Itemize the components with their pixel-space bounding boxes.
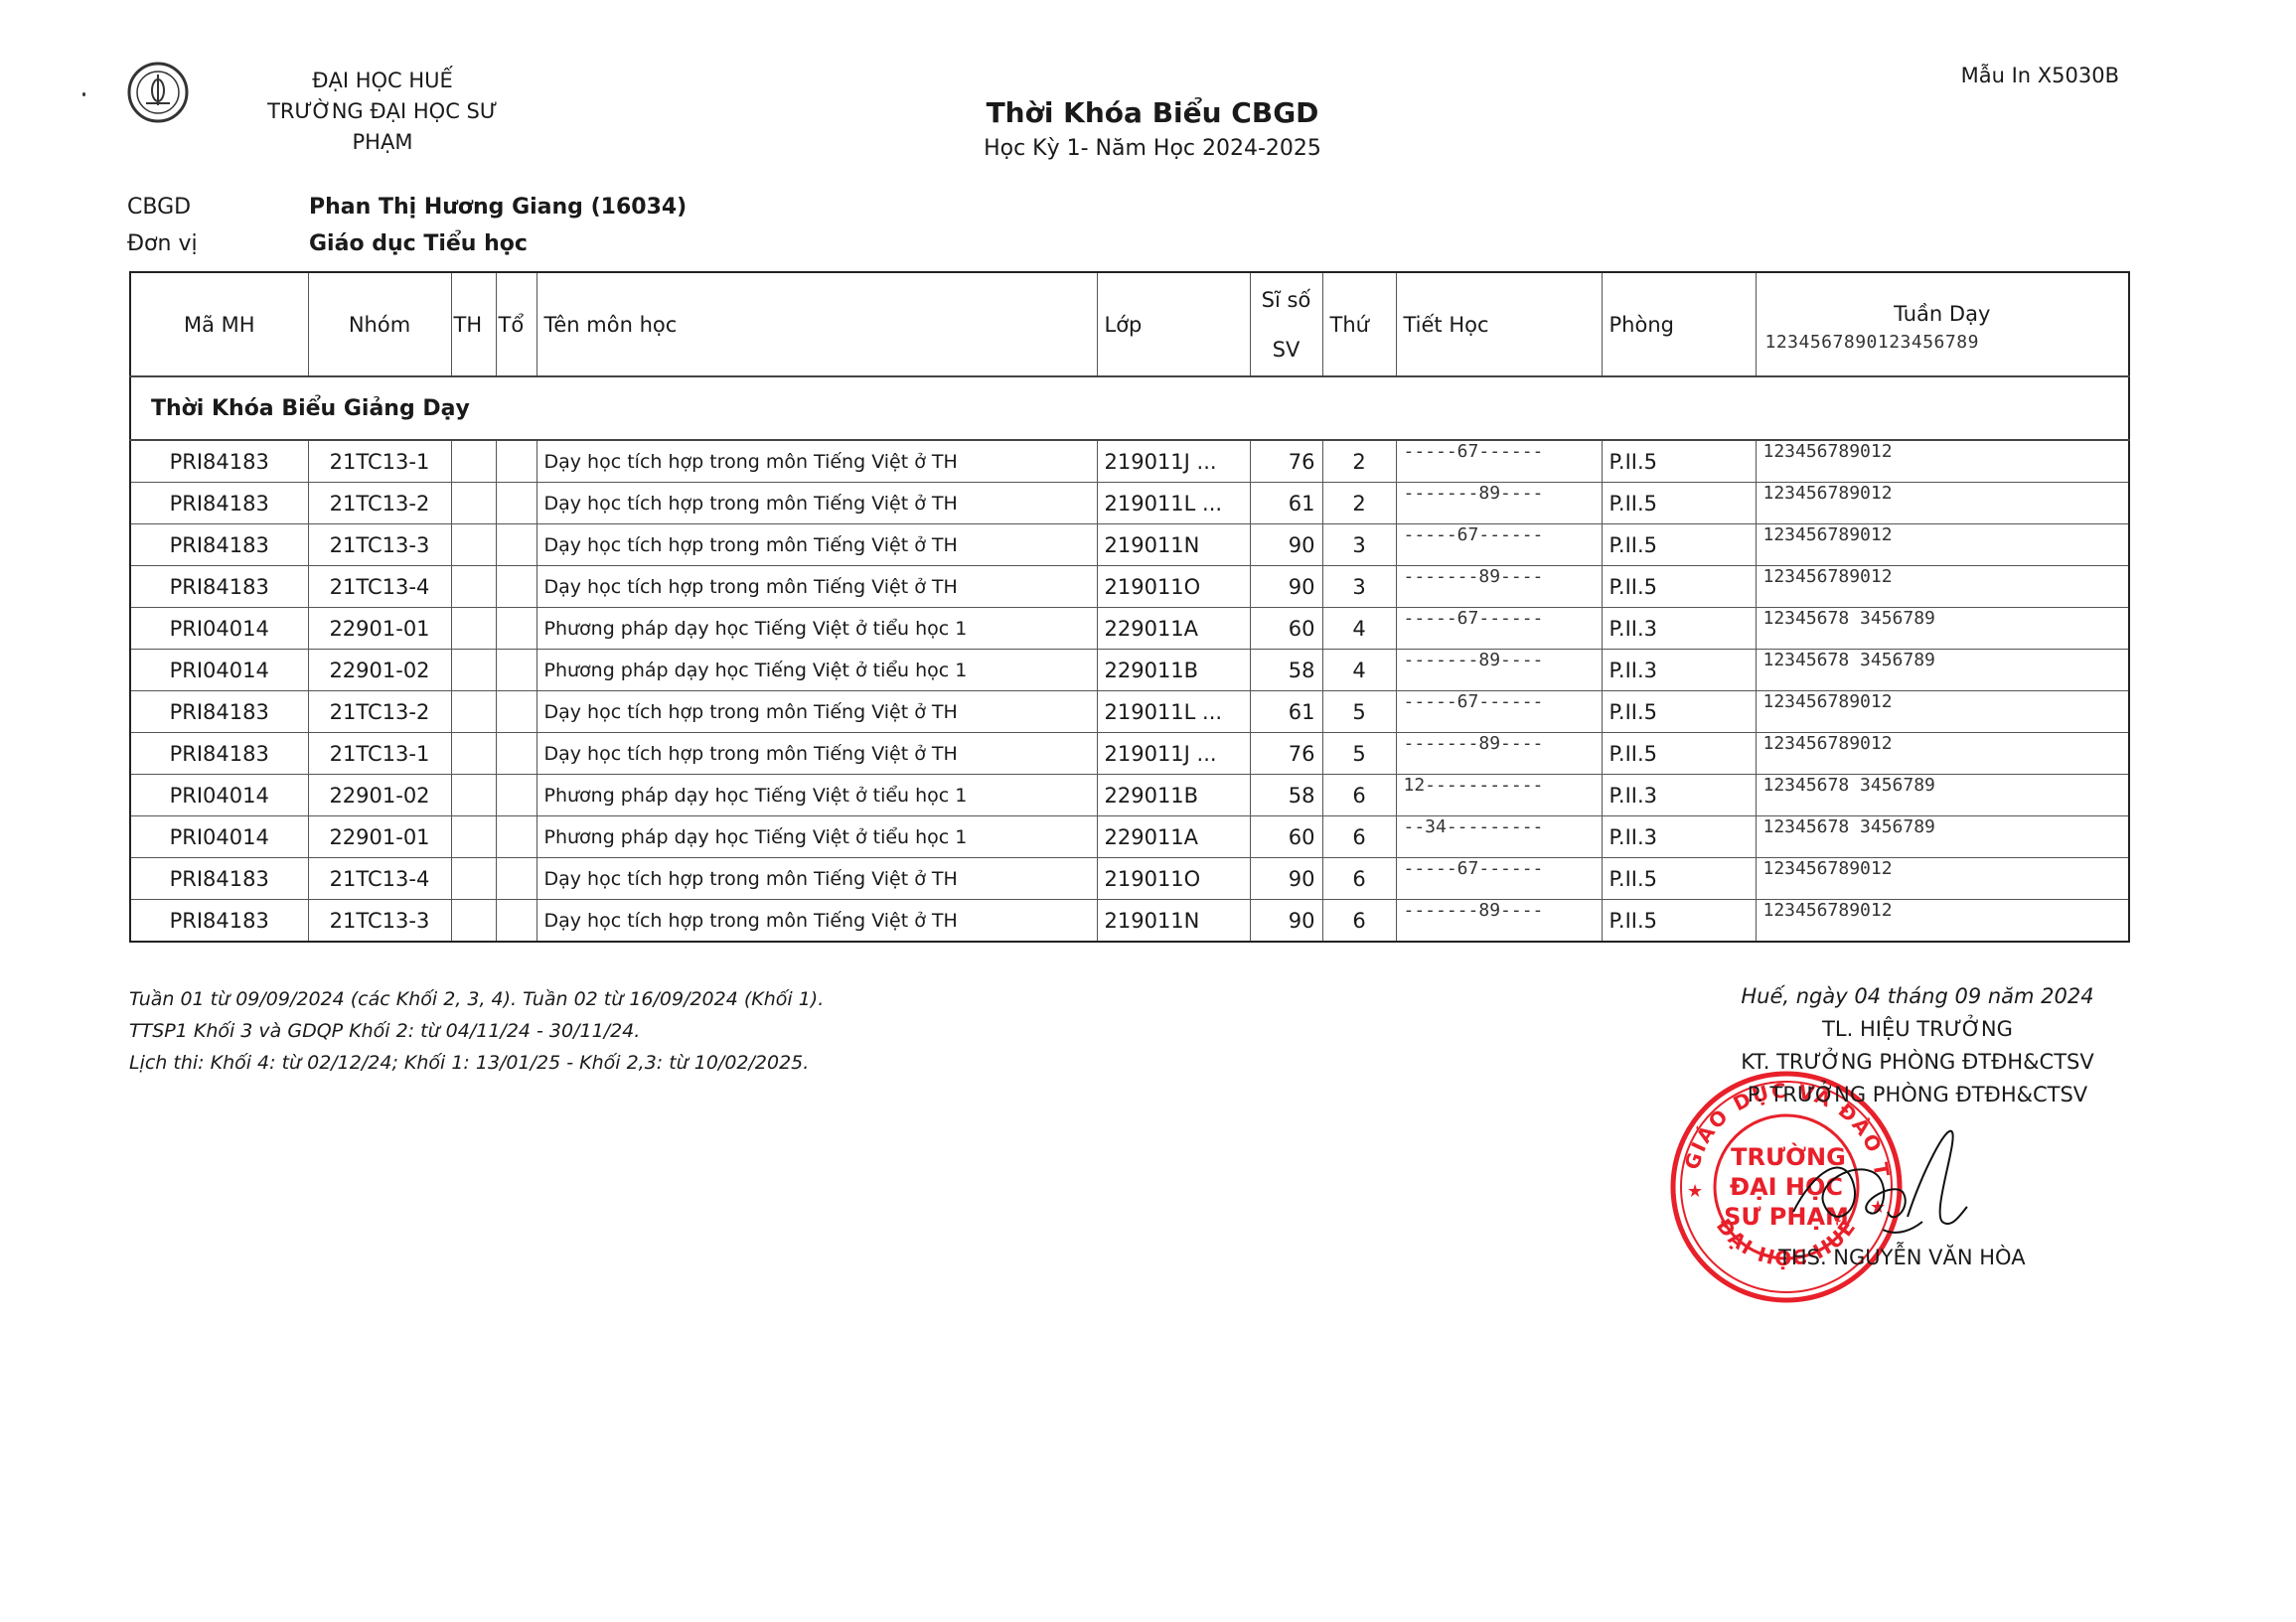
cell-size: 90: [1250, 858, 1322, 900]
section-title: Thời Khóa Biểu Giảng Dạy: [130, 376, 2129, 440]
cell-th: [451, 775, 496, 816]
cell-class: 229011B: [1097, 775, 1250, 816]
cell-code: PRI84183: [130, 483, 308, 524]
note-line: Lịch thi: Khối 4: từ 02/12/24; Khối 1: 1…: [129, 1047, 824, 1079]
cell-day: 4: [1322, 608, 1396, 650]
cell-size: 76: [1250, 440, 1322, 483]
unit-value: Giáo dục Tiểu học: [309, 231, 528, 256]
cell-to: [496, 524, 536, 566]
cell-day: 4: [1322, 650, 1396, 691]
unit-info: Đơn vịGiáo dục Tiểu học: [127, 228, 528, 260]
cell-weeks: 12345678 3456789: [1756, 816, 2129, 858]
cell-th: [451, 524, 496, 566]
cell-period: -------89----: [1396, 483, 1602, 524]
cell-to: [496, 440, 536, 483]
table-row: PRI0401422901-01Phương pháp dạy học Tiến…: [130, 816, 2129, 858]
cell-weeks: 123456789012: [1756, 440, 2129, 483]
col-header-size: Sĩ số SV: [1250, 272, 1322, 376]
cell-to: [496, 733, 536, 775]
table-row: PRI8418321TC13-1Dạy học tích hợp trong m…: [130, 733, 2129, 775]
col-header-code: Mã MH: [130, 272, 308, 376]
institution-header: ĐẠI HỌC HUẾ TRƯỜNG ĐẠI HỌC SƯ PHẠM: [238, 66, 527, 158]
cell-group: 21TC13-2: [308, 691, 451, 733]
cell-group: 21TC13-1: [308, 440, 451, 483]
cell-th: [451, 650, 496, 691]
cell-subject: Phương pháp dạy học Tiếng Việt ở tiểu họ…: [536, 816, 1097, 858]
cell-day: 5: [1322, 691, 1396, 733]
cell-day: 5: [1322, 733, 1396, 775]
cell-subject: Phương pháp dạy học Tiếng Việt ở tiểu họ…: [536, 608, 1097, 650]
cell-subject: Phương pháp dạy học Tiếng Việt ở tiểu họ…: [536, 650, 1097, 691]
table-row: PRI8418321TC13-2Dạy học tích hợp trong m…: [130, 483, 2129, 524]
cell-day: 6: [1322, 816, 1396, 858]
cell-to: [496, 900, 536, 943]
cell-group: 22901-01: [308, 608, 451, 650]
cell-to: [496, 608, 536, 650]
note-line: TTSP1 Khối 3 và GDQP Khối 2: từ 04/11/24…: [129, 1015, 824, 1047]
cell-code: PRI84183: [130, 566, 308, 608]
cell-room: P.II.5: [1602, 440, 1756, 483]
cell-group: 21TC13-1: [308, 733, 451, 775]
cell-room: P.II.5: [1602, 900, 1756, 943]
form-code: Mẫu In X5030B: [1961, 64, 2119, 87]
cell-code: PRI84183: [130, 691, 308, 733]
unit-label: Đơn vị: [127, 228, 309, 260]
cell-class: 219011N: [1097, 900, 1250, 943]
cell-to: [496, 483, 536, 524]
table-row: PRI0401422901-02Phương pháp dạy học Tiến…: [130, 775, 2129, 816]
cell-period: --34---------: [1396, 816, 1602, 858]
sign-title-1: TL. HIỆU TRƯỞNG: [1679, 1013, 2156, 1046]
lecturer-value: Phan Thị Hương Giang (16034): [309, 195, 687, 220]
cell-code: PRI84183: [130, 440, 308, 483]
cell-code: PRI84183: [130, 524, 308, 566]
cell-class: 219011L ...: [1097, 691, 1250, 733]
cell-weeks: 123456789012: [1756, 733, 2129, 775]
cell-room: P.II.5: [1602, 858, 1756, 900]
cell-th: [451, 733, 496, 775]
cell-weeks: 123456789012: [1756, 483, 2129, 524]
cell-size: 61: [1250, 483, 1322, 524]
note-line: Tuần 01 từ 09/09/2024 (các Khối 2, 3, 4)…: [129, 983, 824, 1015]
col-header-period: Tiết Học: [1396, 272, 1602, 376]
university-seal-icon: [127, 62, 189, 123]
cell-class: 219011J ...: [1097, 733, 1250, 775]
cell-weeks: 123456789012: [1756, 900, 2129, 943]
cell-day: 2: [1322, 483, 1396, 524]
cell-period: -------89----: [1396, 900, 1602, 943]
col-header-weeks-label: Tuần Dạy: [1763, 296, 2122, 332]
cell-room: P.II.3: [1602, 816, 1756, 858]
cell-class: 229011A: [1097, 816, 1250, 858]
cell-class: 219011O: [1097, 566, 1250, 608]
cell-th: [451, 858, 496, 900]
cell-period: 12-----------: [1396, 775, 1602, 816]
sign-title-2: KT. TRƯỞNG PHÒNG ĐTĐH&CTSV: [1679, 1046, 2156, 1079]
sign-date: Huế, ngày 04 tháng 09 năm 2024: [1679, 980, 2156, 1013]
cell-to: [496, 775, 536, 816]
cell-period: -------89----: [1396, 566, 1602, 608]
cell-group: 21TC13-4: [308, 566, 451, 608]
cell-subject: Dạy học tích hợp trong môn Tiếng Việt ở …: [536, 440, 1097, 483]
cell-size: 60: [1250, 816, 1322, 858]
cell-size: 90: [1250, 524, 1322, 566]
cell-code: PRI84183: [130, 733, 308, 775]
cell-to: [496, 858, 536, 900]
cell-group: 21TC13-3: [308, 900, 451, 943]
cell-code: PRI04014: [130, 608, 308, 650]
cell-period: -------89----: [1396, 733, 1602, 775]
cell-room: P.II.5: [1602, 733, 1756, 775]
cell-period: -----67------: [1396, 608, 1602, 650]
cell-room: P.II.3: [1602, 775, 1756, 816]
cell-to: [496, 816, 536, 858]
cell-group: 21TC13-2: [308, 483, 451, 524]
cell-weeks: 12345678 3456789: [1756, 650, 2129, 691]
cell-class: 219011O: [1097, 858, 1250, 900]
cell-class: 219011L ...: [1097, 483, 1250, 524]
cell-code: PRI84183: [130, 900, 308, 943]
col-header-room: Phòng: [1602, 272, 1756, 376]
cell-th: [451, 566, 496, 608]
col-header-group: Nhóm: [308, 272, 451, 376]
schedule-notes: Tuần 01 từ 09/09/2024 (các Khối 2, 3, 4)…: [129, 983, 824, 1079]
schedule-table: Mã MH Nhóm TH Tổ Tên môn học Lớp Sĩ số S…: [129, 271, 2130, 943]
cell-weeks: 123456789012: [1756, 858, 2129, 900]
cell-class: 229011B: [1097, 650, 1250, 691]
lecturer-info: CBGDPhan Thị Hương Giang (16034): [127, 192, 687, 223]
cell-day: 3: [1322, 566, 1396, 608]
col-header-subject: Tên môn học: [536, 272, 1097, 376]
scan-artifact: [82, 92, 85, 96]
cell-day: 6: [1322, 858, 1396, 900]
cell-day: 2: [1322, 440, 1396, 483]
signer-name: THS. NGUYỄN VĂN HÒA: [1778, 1246, 2026, 1269]
school-name: TRƯỜNG ĐẠI HỌC SƯ PHẠM: [238, 96, 527, 158]
col-header-size-line2: SV: [1258, 325, 1315, 374]
cell-room: P.II.5: [1602, 483, 1756, 524]
cell-weeks: 123456789012: [1756, 566, 2129, 608]
cell-group: 22901-02: [308, 775, 451, 816]
cell-code: PRI84183: [130, 858, 308, 900]
cell-weeks: 123456789012: [1756, 524, 2129, 566]
cell-code: PRI04014: [130, 816, 308, 858]
cell-subject: Dạy học tích hợp trong môn Tiếng Việt ở …: [536, 691, 1097, 733]
cell-day: 6: [1322, 900, 1396, 943]
cell-size: 58: [1250, 650, 1322, 691]
cell-th: [451, 900, 496, 943]
sign-title-3: P. TRƯỞNG PHÒNG ĐTĐH&CTSV: [1679, 1079, 2156, 1111]
cell-th: [451, 816, 496, 858]
cell-to: [496, 691, 536, 733]
cell-subject: Dạy học tích hợp trong môn Tiếng Việt ở …: [536, 483, 1097, 524]
cell-th: [451, 691, 496, 733]
cell-code: PRI04014: [130, 650, 308, 691]
cell-size: 61: [1250, 691, 1322, 733]
cell-weeks: 123456789012: [1756, 691, 2129, 733]
cell-size: 60: [1250, 608, 1322, 650]
table-row: PRI8418321TC13-2Dạy học tích hợp trong m…: [130, 691, 2129, 733]
cell-subject: Dạy học tích hợp trong môn Tiếng Việt ở …: [536, 858, 1097, 900]
cell-size: 76: [1250, 733, 1322, 775]
cell-period: -----67------: [1396, 858, 1602, 900]
table-row: PRI8418321TC13-3Dạy học tích hợp trong m…: [130, 900, 2129, 943]
cell-to: [496, 650, 536, 691]
table-row: PRI8418321TC13-4Dạy học tích hợp trong m…: [130, 858, 2129, 900]
cell-th: [451, 483, 496, 524]
cell-size: 90: [1250, 566, 1322, 608]
col-header-size-line1: Sĩ số: [1258, 275, 1315, 325]
cell-day: 3: [1322, 524, 1396, 566]
cell-period: -----67------: [1396, 440, 1602, 483]
cell-room: P.II.5: [1602, 691, 1756, 733]
cell-subject: Phương pháp dạy học Tiếng Việt ở tiểu họ…: [536, 775, 1097, 816]
cell-size: 90: [1250, 900, 1322, 943]
cell-to: [496, 566, 536, 608]
cell-class: 219011J ...: [1097, 440, 1250, 483]
lecturer-label: CBGD: [127, 192, 309, 223]
table-row: PRI8418321TC13-3Dạy học tích hợp trong m…: [130, 524, 2129, 566]
table-header-row: Mã MH Nhóm TH Tổ Tên môn học Lớp Sĩ số S…: [130, 272, 2129, 376]
cell-class: 219011N: [1097, 524, 1250, 566]
signature-block: Huế, ngày 04 tháng 09 năm 2024 TL. HIỆU …: [1679, 980, 2156, 1111]
cell-group: 21TC13-4: [308, 858, 451, 900]
cell-group: 22901-02: [308, 650, 451, 691]
cell-group: 22901-01: [308, 816, 451, 858]
cell-code: PRI04014: [130, 775, 308, 816]
col-header-to: Tổ: [496, 272, 536, 376]
col-header-weeks-digits: 1234567890123456789: [1763, 332, 2122, 353]
cell-group: 21TC13-3: [308, 524, 451, 566]
university-name: ĐẠI HỌC HUẾ: [238, 66, 527, 96]
cell-period: -----67------: [1396, 691, 1602, 733]
cell-day: 6: [1322, 775, 1396, 816]
cell-room: P.II.5: [1602, 566, 1756, 608]
col-header-day: Thứ: [1322, 272, 1396, 376]
cell-room: P.II.5: [1602, 524, 1756, 566]
handwritten-signature: [1783, 1112, 1972, 1242]
cell-room: P.II.3: [1602, 650, 1756, 691]
svg-text:★: ★: [1687, 1181, 1703, 1202]
title-block: Thời Khóa Biểu CBGD Học Kỳ 1- Năm Học 20…: [874, 93, 1431, 165]
table-row: PRI8418321TC13-4Dạy học tích hợp trong m…: [130, 566, 2129, 608]
table-row: PRI0401422901-02Phương pháp dạy học Tiến…: [130, 650, 2129, 691]
cell-period: -----67------: [1396, 524, 1602, 566]
cell-th: [451, 608, 496, 650]
col-header-th: TH: [451, 272, 496, 376]
col-header-class: Lớp: [1097, 272, 1250, 376]
cell-size: 58: [1250, 775, 1322, 816]
cell-room: P.II.3: [1602, 608, 1756, 650]
table-row: PRI8418321TC13-1Dạy học tích hợp trong m…: [130, 440, 2129, 483]
col-header-weeks: Tuần Dạy 1234567890123456789: [1756, 272, 2129, 376]
section-row: Thời Khóa Biểu Giảng Dạy: [130, 376, 2129, 440]
cell-th: [451, 440, 496, 483]
table-row: PRI0401422901-01Phương pháp dạy học Tiến…: [130, 608, 2129, 650]
cell-subject: Dạy học tích hợp trong môn Tiếng Việt ở …: [536, 733, 1097, 775]
cell-weeks: 12345678 3456789: [1756, 775, 2129, 816]
cell-weeks: 12345678 3456789: [1756, 608, 2129, 650]
cell-subject: Dạy học tích hợp trong môn Tiếng Việt ở …: [536, 900, 1097, 943]
cell-subject: Dạy học tích hợp trong môn Tiếng Việt ở …: [536, 524, 1097, 566]
cell-class: 229011A: [1097, 608, 1250, 650]
cell-period: -------89----: [1396, 650, 1602, 691]
cell-subject: Dạy học tích hợp trong môn Tiếng Việt ở …: [536, 566, 1097, 608]
page-subtitle: Học Kỳ 1- Năm Học 2024-2025: [874, 133, 1431, 165]
page-title: Thời Khóa Biểu CBGD: [874, 93, 1431, 133]
